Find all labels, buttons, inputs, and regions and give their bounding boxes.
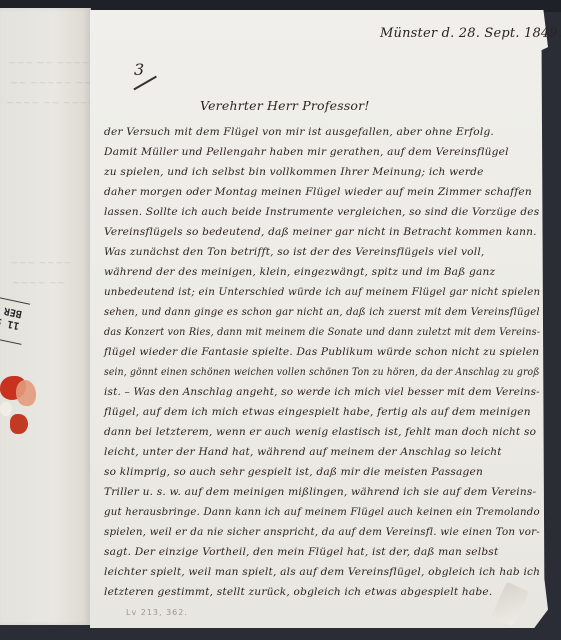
letter-line: lassen. Sollte ich auch beide Instrument… (104, 206, 539, 218)
letter-line: während der des meinigen, klein, eingezw… (104, 266, 495, 278)
bleed-through-text: ~~~~ ~~ ~~~~ (6, 98, 96, 109)
bleed-through-text: ~~~ ~~~~ (10, 258, 72, 269)
letter-line: zu spielen, und ich selbst bin vollkomme… (104, 166, 484, 178)
letter-line: flügel wieder die Fantasie spielte. Das … (104, 346, 539, 358)
letter-line: Triller u. s. w. auf dem meinigen mißlin… (104, 486, 536, 498)
letter-line: spielen, weil er da nie sicher anspricht… (104, 526, 540, 538)
letter-line: sein, gönnt einen schönen weichen vollen… (104, 366, 540, 378)
letter-line: unbedeutend ist; ein Unterschied würde i… (104, 286, 540, 298)
bleed-through-text: ~~ ~~~~~ ~~~ (10, 78, 100, 89)
bleed-through-text: ~~~~ ~~ (12, 278, 65, 289)
letter-line: Damit Müller und Pellengahr haben mir ge… (104, 146, 509, 158)
letter-line: Vereinsflügels so bedeutend, daß meiner … (104, 226, 537, 238)
bleed-through-text: ~~~ ~~ ~~~~ (8, 58, 90, 69)
postmark-text: 11 5 BER (0, 302, 23, 330)
letter-line: sagt. Der einzige Vortheil, den mein Flü… (104, 546, 498, 558)
letter-line: Was zunächst den Ton betrifft, so ist de… (104, 246, 484, 258)
letter-line: ist. – Was den Anschlag angeht, so werde… (104, 386, 540, 398)
letter-line: daher morgen oder Montag meinen Flügel w… (104, 186, 532, 198)
letter-line: letzteren gestimmt, stellt zurück, obgle… (104, 586, 492, 598)
letter-line: sehen, und dann ginge es schon gar nicht… (104, 306, 540, 318)
letter-line: leichter spielt, weil man spielt, als au… (104, 566, 540, 578)
wax-seal (0, 376, 38, 436)
letter-line: so klimprig, so auch sehr gespielt ist, … (104, 466, 483, 478)
letter-line: dann bei letzterem, wenn er auch wenig e… (104, 426, 536, 438)
letter-line: der Versuch mit dem Flügel von mir ist a… (104, 126, 494, 138)
letter-line: das Konzert von Ries, dann mit meinem di… (104, 326, 540, 338)
page-number: 3 (134, 60, 144, 79)
letter-salutation: Verehrter Herr Professor! (200, 98, 370, 113)
archive-reference: Lv 213, 362. (126, 608, 188, 617)
letter-line: leicht, unter der Hand hat, während auf … (104, 446, 502, 458)
folded-left-sheet: ~~~ ~~ ~~~~ ~~ ~~~~~ ~~~ ~~~~ ~~ ~~~~ ~~… (0, 8, 91, 625)
letter-dateline: Münster d. 28. Sept. 1849. (380, 26, 561, 41)
letter-line: flügel, auf dem ich mich etwas eingespie… (104, 406, 531, 418)
letter-line: gut herausbringe. Dann kann ich auf mein… (104, 506, 540, 518)
postmark-stamp: 11 5 BER (0, 297, 30, 345)
